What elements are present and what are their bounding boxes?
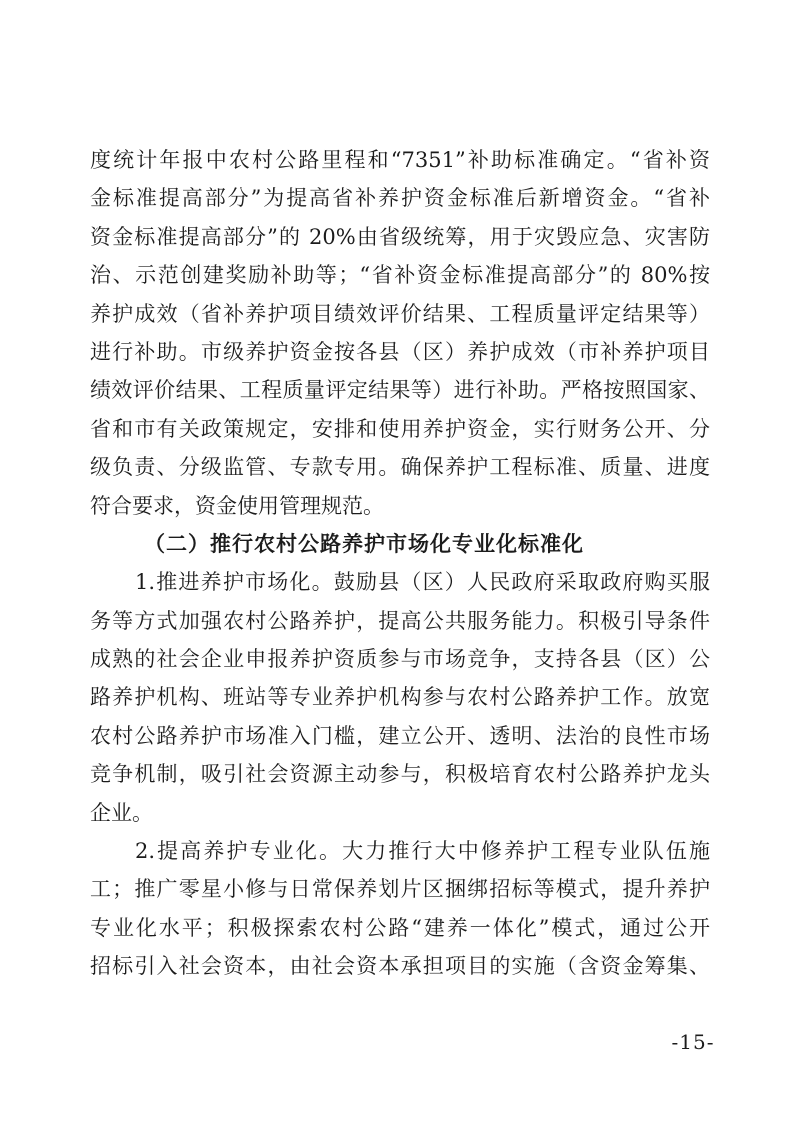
text-line: 农村公路养护市场准入门槛，建立公开、透明、法治的良性市场: [90, 717, 710, 755]
text-line: 省和市有关政策规定，安排和使用养护资金，实行财务公开、分: [90, 410, 710, 448]
text-line: 企业。: [90, 794, 710, 832]
text-line: 工；推广零星小修与日常保养划片区捆绑招标等模式，提升养护: [90, 870, 710, 908]
page-number: -15-: [648, 1028, 738, 1056]
document-body: 度统计年报中农村公路里程和“7351”补助标准确定。“省补资金标准提高部分”为提…: [90, 141, 710, 986]
text-line: 养护成效（省补养护项目绩效评价结果、工程质量评定结果等）: [90, 295, 710, 333]
section-heading: （二）推行农村公路养护市场化专业化标准化: [90, 525, 710, 563]
text-line: 成熟的社会企业申报养护资质参与市场竞争，支持各县（区）公: [90, 640, 710, 678]
text-line: 专业化水平；积极探索农村公路“建养一体化”模式，通过公开: [90, 909, 710, 947]
text-line: 2.提高养护专业化。大力推行大中修养护工程专业队伍施: [90, 832, 710, 870]
text-line: 进行补助。市级养护资金按各县（区）养护成效（市补养护项目: [90, 333, 710, 371]
text-line: 务等方式加强农村公路养护，提高公共服务能力。积极引导条件: [90, 602, 710, 640]
text-line: 路养护机构、班站等专业养护机构参与农村公路养护工作。放宽: [90, 678, 710, 716]
text-line: 度统计年报中农村公路里程和“7351”补助标准确定。“省补资: [90, 141, 710, 179]
document-page: 度统计年报中农村公路里程和“7351”补助标准确定。“省补资金标准提高部分”为提…: [0, 0, 794, 1122]
text-line: 绩效评价结果、工程质量评定结果等）进行补助。严格按照国家、: [90, 371, 710, 409]
text-line: 符合要求，资金使用管理规范。: [90, 487, 710, 525]
text-line: 资金标准提高部分”的 20%由省级统筹，用于灾毁应急、灾害防: [90, 218, 710, 256]
text-line: 竞争机制，吸引社会资源主动参与，积极培育农村公路养护龙头: [90, 755, 710, 793]
text-line: 招标引入社会资本，由社会资本承担项目的实施（含资金筹集、: [90, 947, 710, 985]
text-line: 金标准提高部分”为提高省补养护资金标准后新增资金。“省补: [90, 179, 710, 217]
text-line: 1.推进养护市场化。鼓励县（区）人民政府采取政府购买服: [90, 563, 710, 601]
text-line: 治、示范创建奖励补助等；“省补资金标准提高部分”的 80%按: [90, 256, 710, 294]
text-line: 级负责、分级监管、专款专用。确保养护工程标准、质量、进度: [90, 448, 710, 486]
